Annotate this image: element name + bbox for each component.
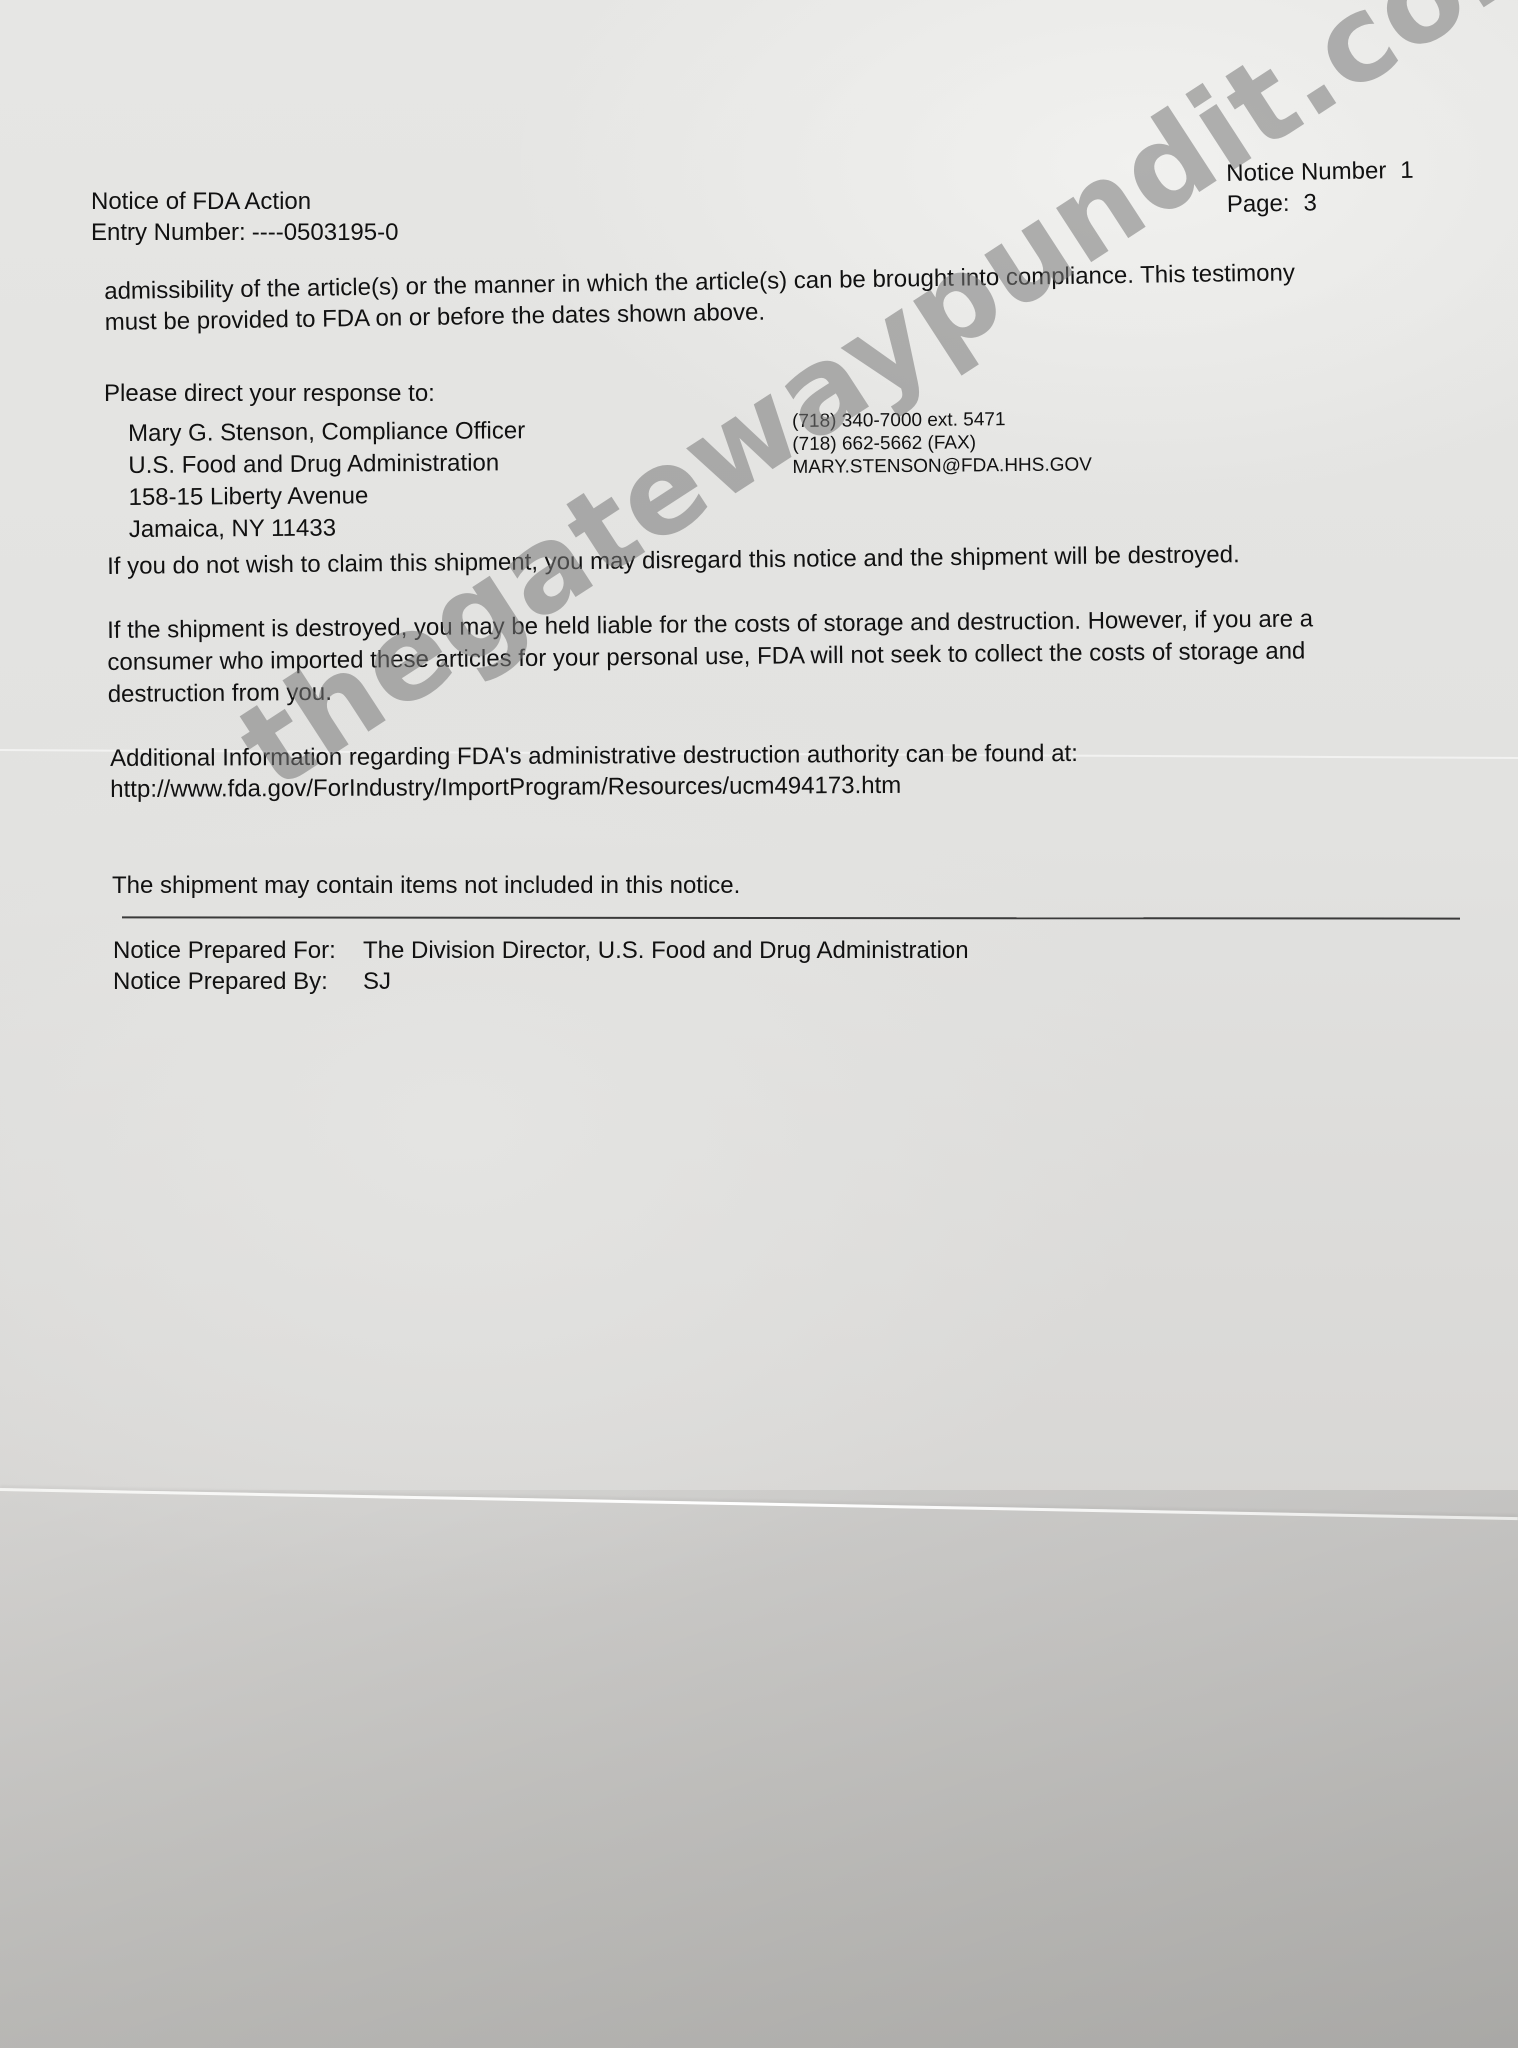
contact-org: U.S. Food and Drug Administration bbox=[128, 447, 525, 482]
contact-street: 158-15 Liberty Avenue bbox=[128, 479, 525, 514]
notice-number-value: 1 bbox=[1400, 157, 1414, 184]
entry-number: Entry Number:----0503195-0 bbox=[91, 217, 398, 248]
direct-response-label: Please direct your response to: bbox=[104, 378, 435, 409]
document-page: Notice of FDA Action Entry Number:----05… bbox=[0, 0, 1518, 2048]
prepared-info: Notice Prepared For:The Division Directo… bbox=[113, 935, 969, 997]
horizontal-divider bbox=[122, 916, 1460, 919]
contact-name: Mary G. Stenson, Compliance Officer bbox=[128, 415, 525, 450]
prepared-by: Notice Prepared By:SJ bbox=[113, 966, 969, 997]
prepared-for-value: The Division Director, U.S. Food and Dru… bbox=[363, 937, 969, 964]
additional-info-url: http://www.fda.gov/ForIndustry/ImportPro… bbox=[110, 769, 1078, 805]
mailing-address: Mary G. Stenson, Compliance Officer U.S.… bbox=[128, 415, 526, 546]
prepared-by-value: SJ bbox=[363, 968, 391, 995]
entry-number-label: Entry Number: bbox=[91, 219, 246, 246]
prepared-for: Notice Prepared For:The Division Directo… bbox=[113, 935, 969, 966]
notice-title: Notice of FDA Action bbox=[91, 186, 398, 217]
notice-header: Notice of FDA Action Entry Number:----05… bbox=[91, 186, 398, 248]
page-number: Page:3 bbox=[1227, 186, 1415, 220]
paper-shadow bbox=[0, 1490, 1518, 2048]
prepared-by-label: Notice Prepared By: bbox=[113, 966, 363, 997]
items-note: The shipment may contain items not inclu… bbox=[112, 870, 740, 901]
entry-number-value: ----0503195-0 bbox=[252, 219, 399, 246]
page-value: 3 bbox=[1303, 189, 1317, 216]
prepared-for-label: Notice Prepared For: bbox=[113, 935, 363, 966]
